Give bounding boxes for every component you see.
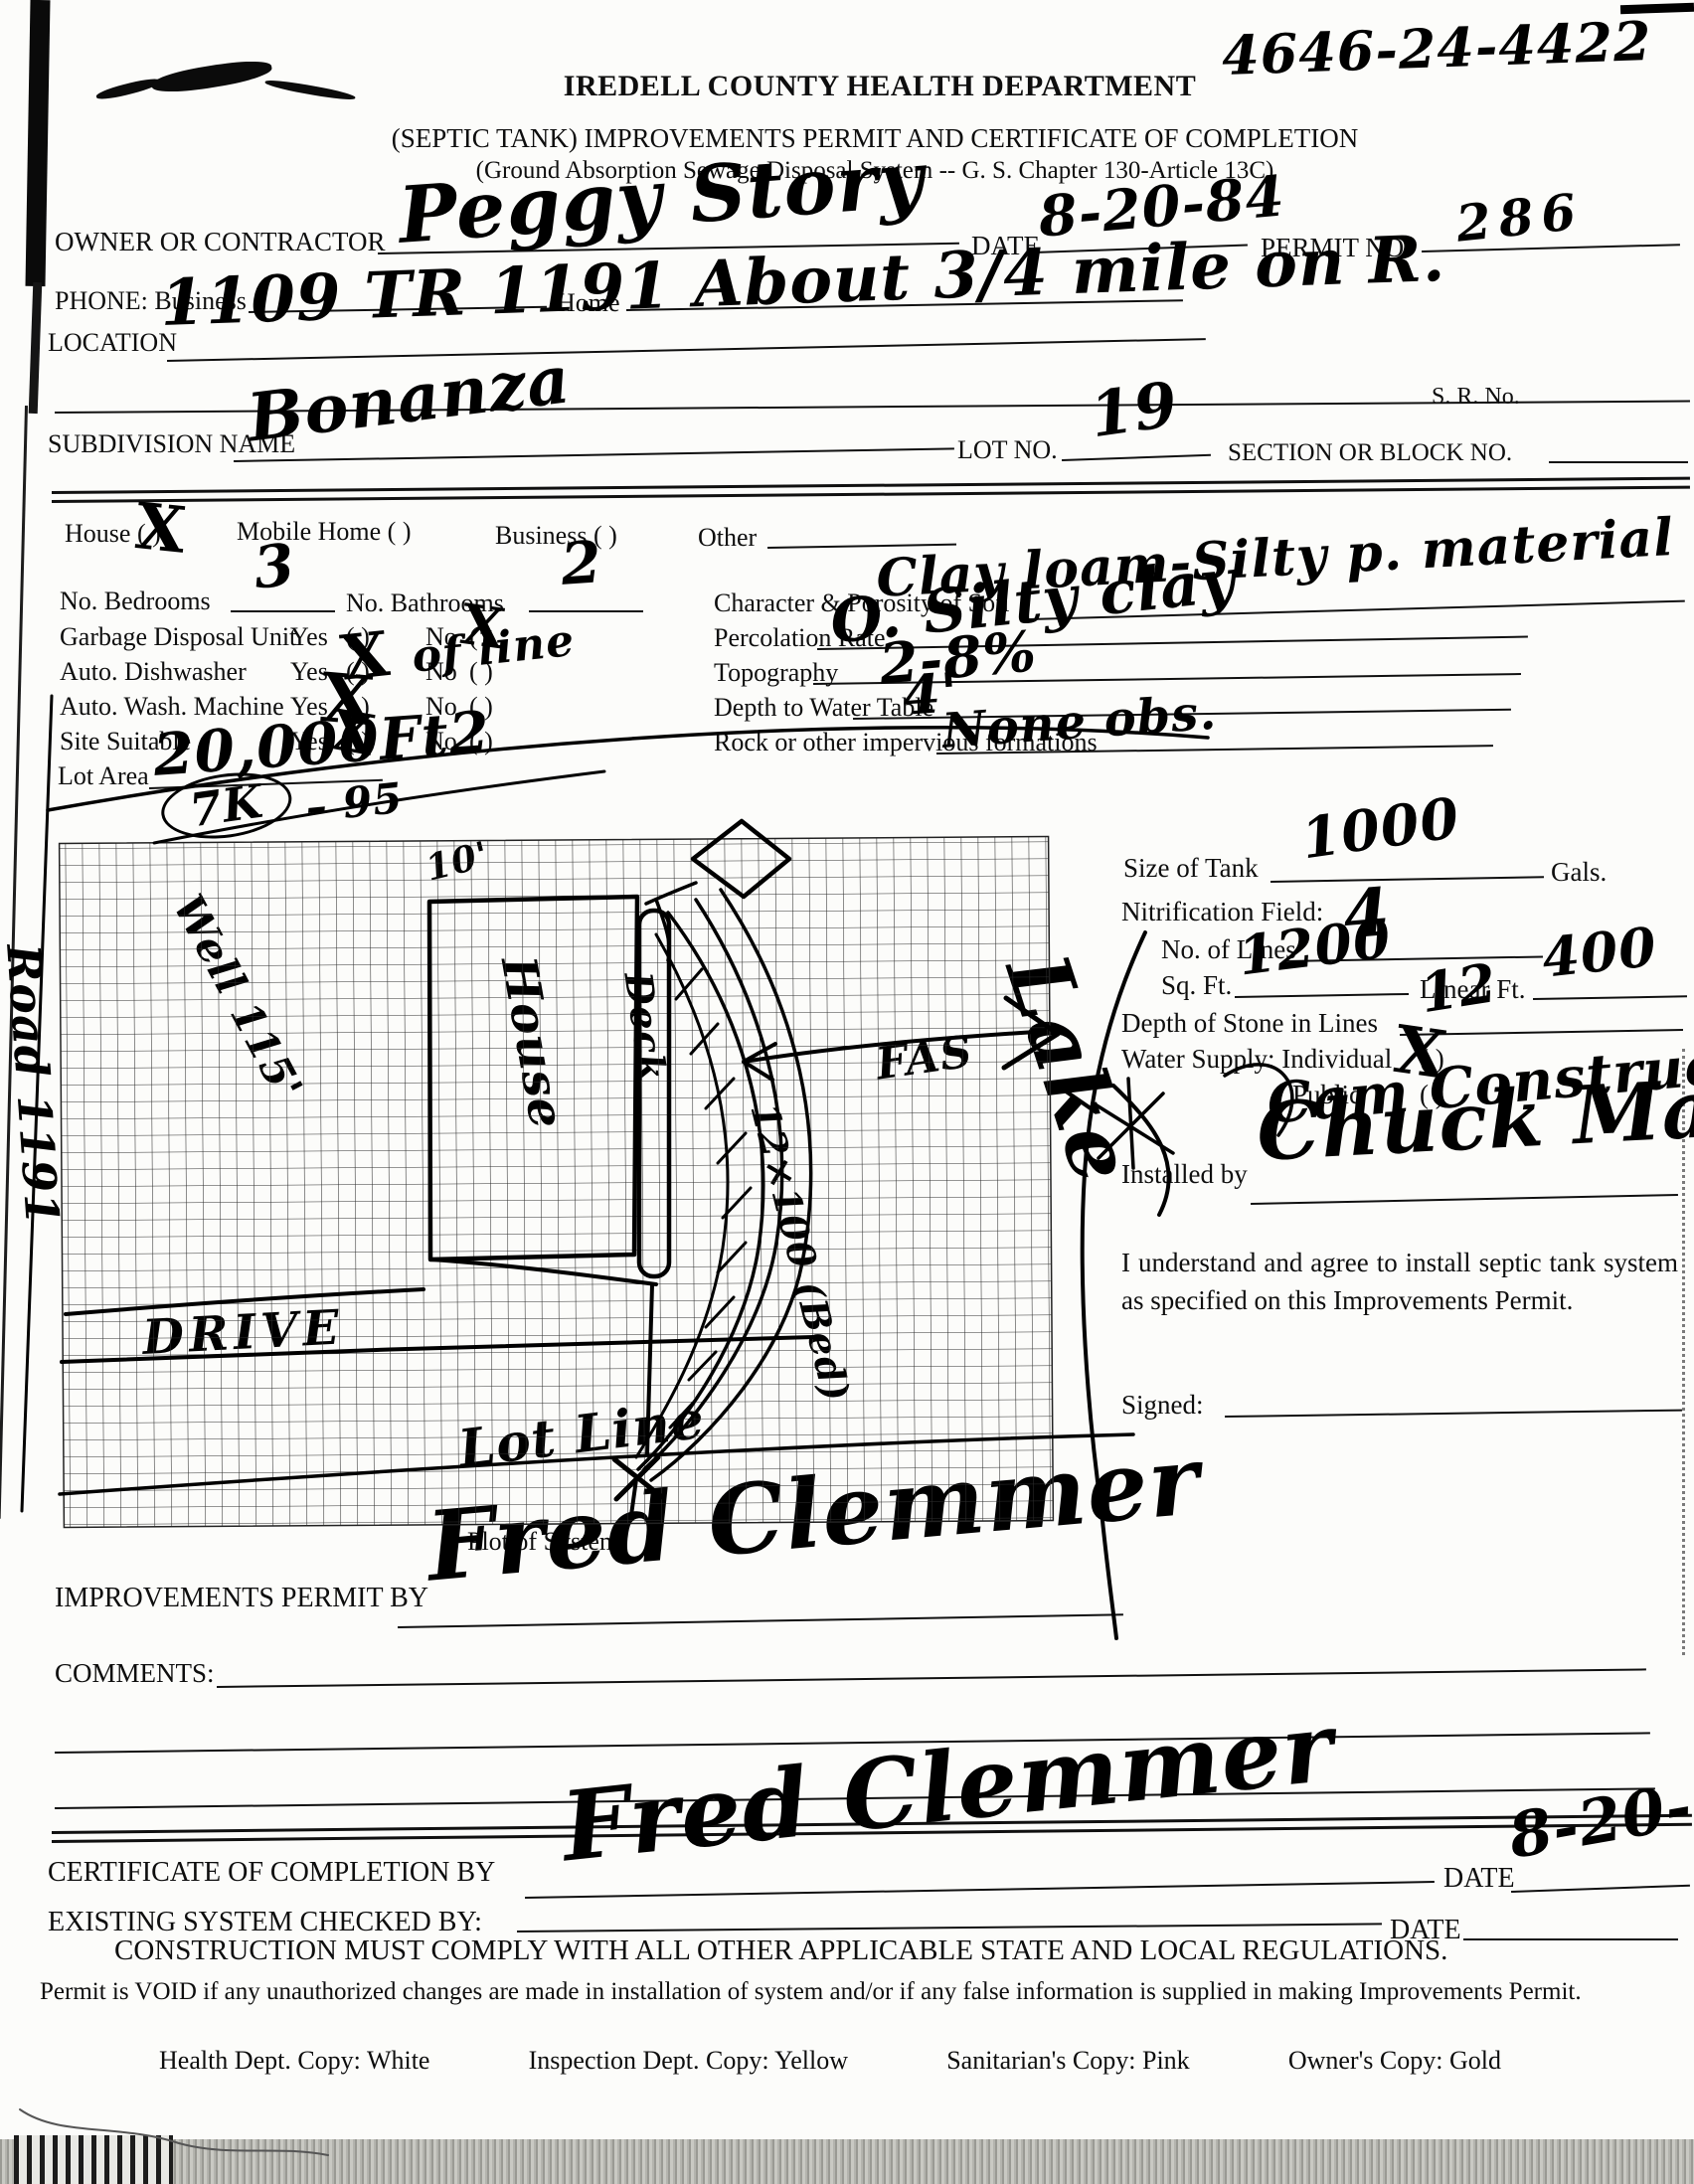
scan-bottom-band-bars [14, 2135, 173, 2184]
void-text: Permit is VOID if any unauthorized chang… [40, 1976, 1650, 2009]
section-label: SECTION OR BLOCK NO. [1228, 439, 1512, 467]
copy-sanitarian: Sanitarian's Copy: Pink [946, 2046, 1189, 2076]
installed-by-line [1251, 1194, 1678, 1205]
fas-label: FAS [873, 1026, 976, 1090]
tank-size-line [1270, 876, 1544, 883]
installed-by-label: Installed by [1121, 1159, 1248, 1190]
tank-size-label: Size of Tank [1123, 853, 1259, 884]
tank-size-value: 1000 [1297, 785, 1463, 873]
drive-label: DRIVE [141, 1299, 345, 1366]
completion-date-line [1511, 1885, 1690, 1893]
subdivision-line [234, 447, 954, 462]
copy-health: Health Dept. Copy: White [159, 2046, 429, 2076]
comments-line-1 [217, 1668, 1646, 1688]
section-line [1549, 461, 1688, 463]
scan-smudge [150, 57, 273, 97]
bathrooms-line [529, 610, 643, 612]
bedrooms-value: 3 [251, 531, 298, 602]
lot-no-label: LOT NO. [957, 435, 1058, 465]
row-dishwasher-label: Auto. Dishwasher [60, 657, 247, 687]
row-garbage-yes: Yes [290, 622, 328, 652]
lot-no-value: 19 [1086, 368, 1183, 452]
row-garbage-label: Garbage Disposal Unit [60, 622, 296, 652]
sqft-label: Sq. Ft. [1161, 970, 1232, 1001]
copies-row: Health Dept. Copy: White Inspection Dept… [159, 2046, 1501, 2076]
owner-label: OWNER OR CONTRACTOR [55, 227, 386, 257]
len-10-label: 10' [422, 833, 493, 889]
page-title: IREDELL COUNTY HEALTH DEPARTMENT [562, 70, 1198, 103]
lot-area-label: Lot Area [58, 761, 149, 791]
sr-no-label: S. R. No. [1432, 384, 1520, 411]
existing-system-line [517, 1923, 1382, 1932]
comments-label: COMMENTS: [55, 1658, 215, 1689]
linear-ft-line [1533, 995, 1687, 1000]
stone-depth-label: Depth of Stone in Lines [1121, 1008, 1378, 1039]
sqft-line [1235, 993, 1409, 998]
divider-rule-1 [52, 477, 1690, 494]
location-label: LOCATION [48, 328, 177, 358]
scan-bottom-band [0, 2139, 1694, 2184]
gals-label: Gals. [1551, 857, 1607, 888]
signed-label: Signed: [1121, 1390, 1204, 1421]
mobile-home-parens: ( ) [388, 517, 412, 546]
completion-date-label: DATE [1443, 1863, 1515, 1895]
completion-signature: Fred Clemmer [557, 1691, 1339, 1884]
existing-date-line [1463, 1938, 1678, 1940]
completion-label: CERTIFICATE OF COMPLETION BY [48, 1857, 495, 1889]
rock-value: None obs. [940, 685, 1219, 759]
dash-95-annotation: – 95 [303, 773, 406, 832]
scan-edge-bar [25, 0, 50, 286]
lot-line-label: Lot Line [455, 1390, 708, 1480]
signed-line [1225, 1410, 1682, 1418]
scanned-septic-permit-form: { "scan": { "corner_number": "4646-24-44… [0, 0, 1694, 2184]
scan-smudge [95, 76, 162, 102]
deck-plot-label: Deck [615, 969, 675, 1085]
bed-dim-label: 12×100 (Bed) [742, 1098, 859, 1407]
permit-by-line [398, 1613, 1123, 1628]
permit-no-value: 286 [1453, 182, 1587, 253]
completion-signature-line [525, 1881, 1435, 1899]
road-label: Road 1191 [0, 942, 70, 1228]
house-text: House [65, 519, 130, 548]
scan-smudge [264, 78, 356, 102]
copy-owner: Owner's Copy: Gold [1288, 2046, 1501, 2076]
completion-date-value: 8-20-84 [1503, 1754, 1694, 1873]
bedrooms-line [231, 610, 335, 612]
yes-text: Yes [290, 622, 328, 651]
bedrooms-label: No. Bedrooms [60, 587, 211, 616]
other-label: Other [698, 523, 757, 553]
house-plot-label: House [490, 952, 576, 1133]
scan-edge-bar-tail [29, 282, 43, 414]
handwritten-file-number: 4646-24-4422 [1221, 9, 1653, 87]
bathrooms-value: 2 [559, 528, 604, 598]
copy-inspection: Inspection Dept. Copy: Yellow [529, 2046, 848, 2076]
compliance-text: CONSTRUCTION MUST COMPLY WITH ALL OTHER … [114, 1934, 1447, 1967]
well-label: Well 115' [164, 887, 313, 1108]
location-line [167, 338, 1206, 362]
linear-ft-value: 400 [1539, 915, 1660, 990]
permit-by-label: IMPROVEMENTS PERMIT BY [55, 1583, 428, 1614]
lot-no-line [1062, 454, 1211, 461]
house-checkmark: X [132, 495, 188, 564]
agreement-text: I understand and agree to install septic… [1121, 1245, 1678, 1320]
